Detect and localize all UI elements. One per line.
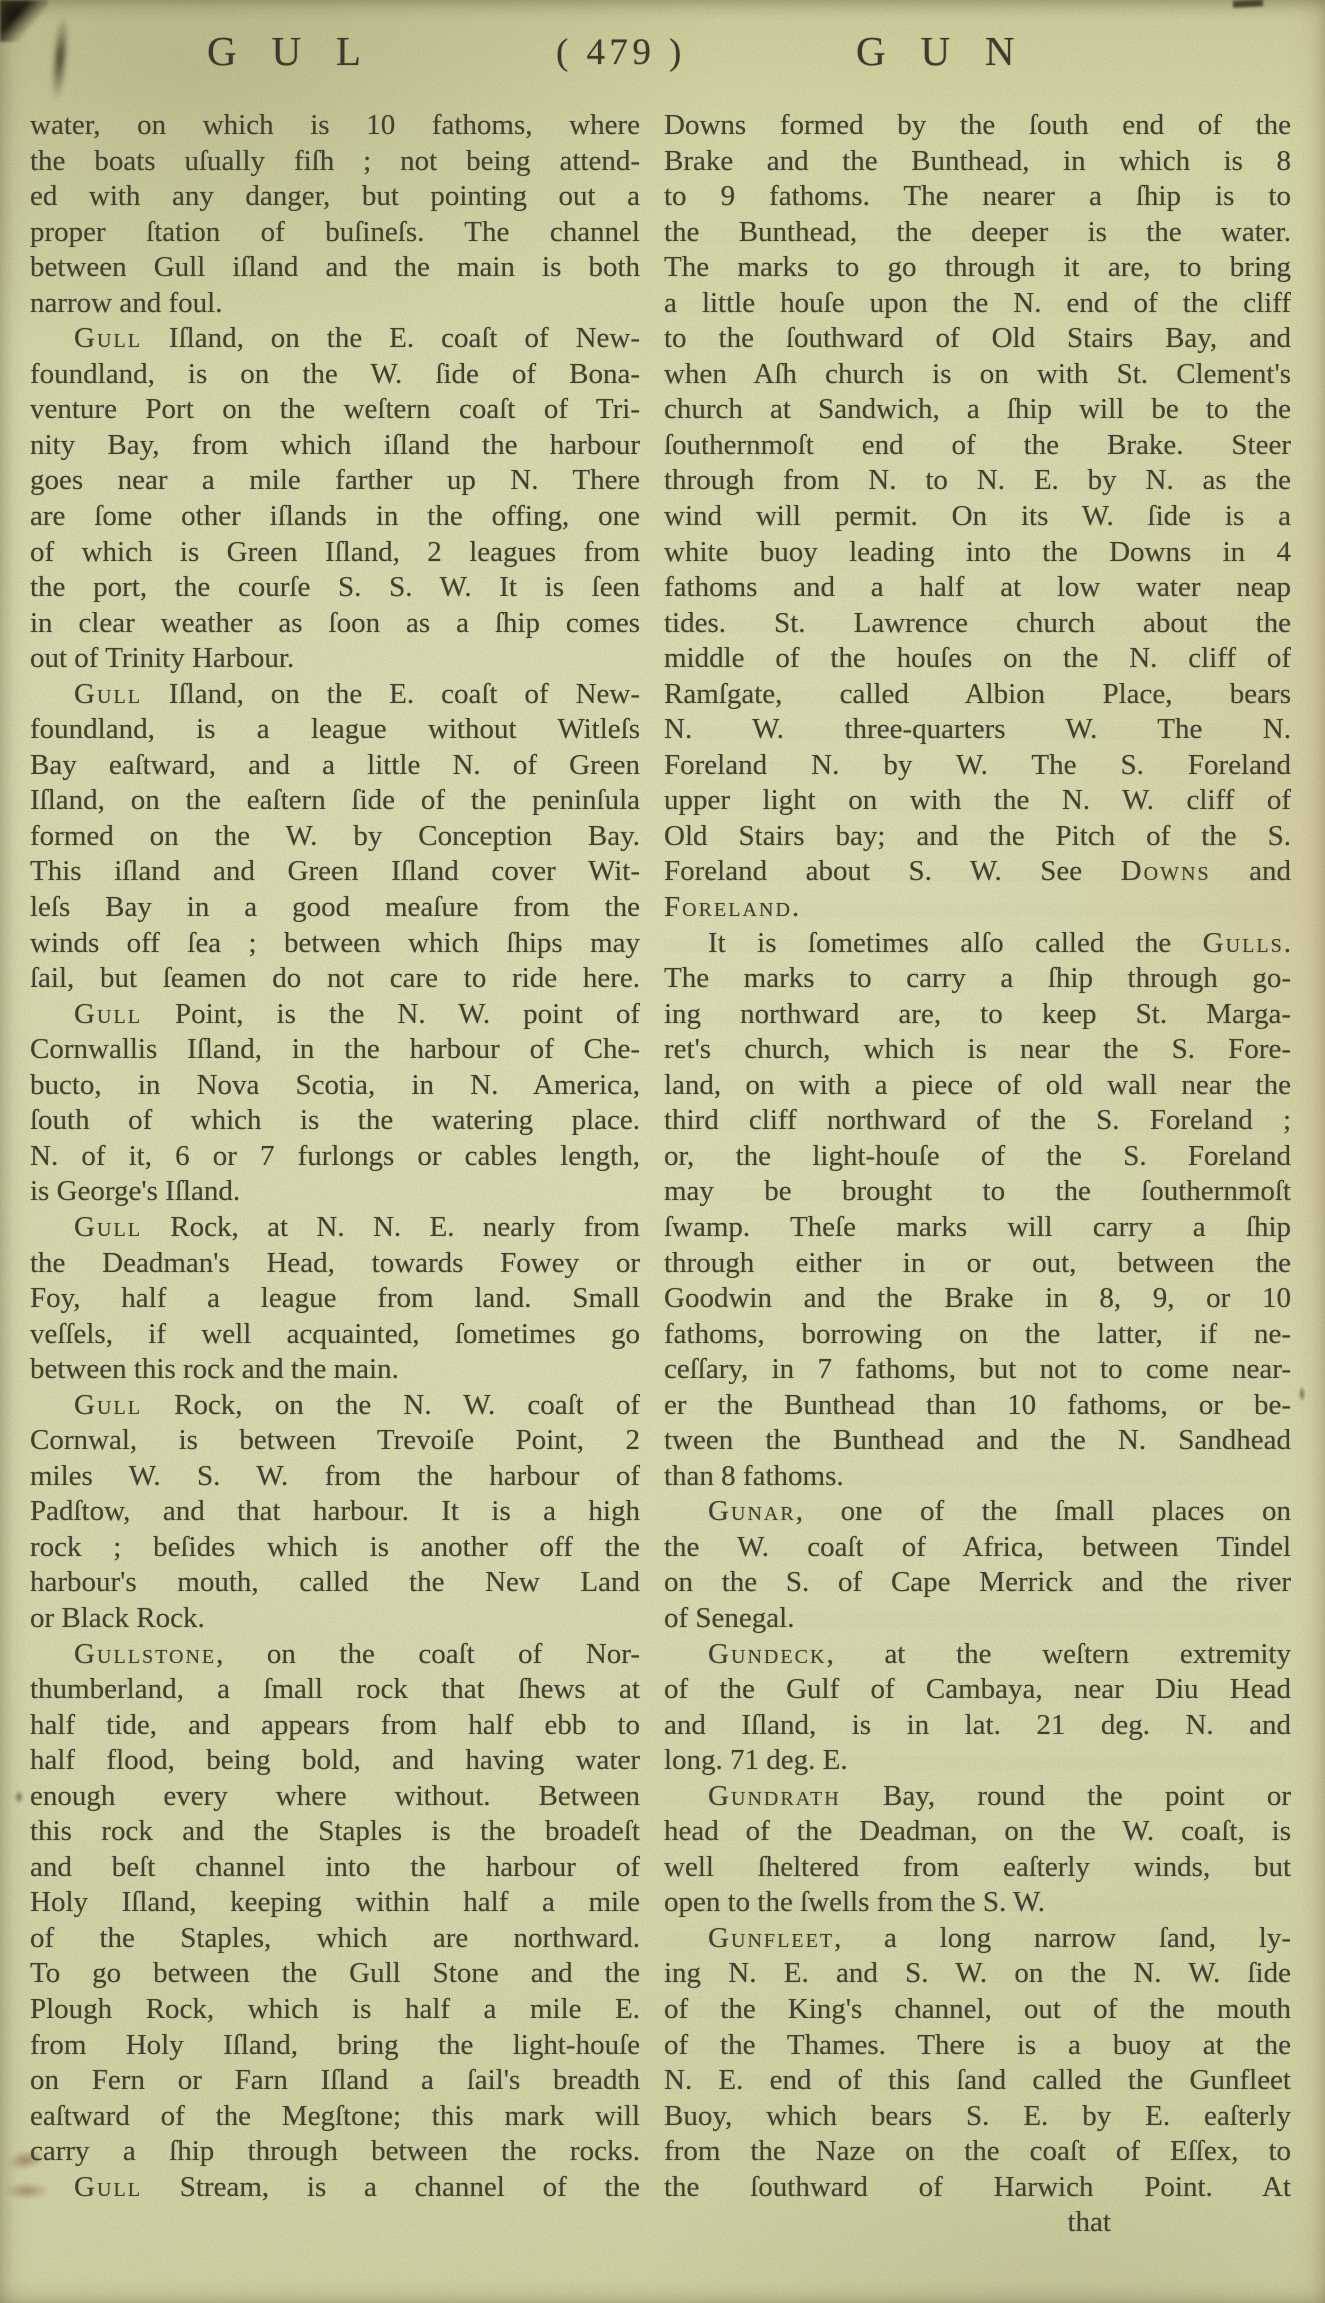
text-line: tween the Bunthead and the N. Sandhead [664,1423,1291,1459]
text-line: enough every where without. Between [30,1779,640,1815]
entry-headword: Gullstone [74,1638,216,1670]
text-line: Brake and the Bunthead, in which is 8 [664,144,1291,180]
text-line: Cornwallis Iſland, in the harbour of Che… [30,1032,640,1068]
book-page: G U L ( 479 ) G U N water, on which is 1… [0,0,1325,2303]
text-line: bucto, in Nova Scotia, in N. America, [30,1068,640,1104]
text-line: the port, the courſe S. S. W. It is ſeen [30,570,640,606]
text-line: Cornwal, is between Trevoiſe Point, 2 [30,1423,640,1459]
text-line: Gull Iſland, on the E. coaſt of New- [30,321,640,357]
entry-headword: Gull [74,1389,142,1421]
text-line: the ſouthward of Harwich Point. At [664,2170,1291,2206]
text-line: the Bunthead, the deeper is the water. [664,215,1291,251]
text-line: from the Naze on the coaſt of Eſſex, to [664,2134,1291,2170]
text-line: in clear weather as ſoon as a ſhip comes [30,606,640,642]
text-line: ceſſary, in 7 fathoms, but not to come n… [664,1352,1291,1388]
text-line: of Senegal. [664,1601,1291,1637]
text-line: Ramſgate, called Albion Place, bears [664,677,1291,713]
entry-headword: Gulls [1203,927,1284,959]
text-line: ret's church, which is near the S. Fore- [664,1032,1291,1068]
entry-headword: Gull [74,678,142,710]
text-line: Buoy, which bears S. E. by E. eaſterly [664,2099,1291,2135]
text-line: The marks to carry a ſhip through go- [664,961,1291,997]
text-line: or, the light-houſe of the S. Foreland [664,1139,1291,1175]
text-line: than 8 fathoms. [664,1459,1291,1495]
entry-headword: Gundrath [708,1780,841,1812]
text-line: between Gull iſland and the main is both [30,250,640,286]
text-line: the boats uſually fiſh ; not being atten… [30,144,640,180]
text-line: long. 71 deg. E. [664,1743,1291,1779]
running-title-left: G U L [207,27,373,75]
text-line: Downs formed by the ſouth end of the [664,108,1291,144]
text-line: Old Stairs bay; and the Pitch of the S. [664,819,1291,855]
text-line: water, on which is 10 fathoms, where [30,108,640,144]
text-line: from Holy Iſland, bring the light-houſe [30,2028,640,2064]
text-line: Gull Stream, is a channel of the [30,2170,640,2206]
text-line: Gundeck, at the weſtern extremity [664,1637,1291,1673]
text-line: N. of it, 6 or 7 furlongs or cables leng… [30,1139,640,1175]
text-line: Gull Point, is the N. W. point of [30,997,640,1033]
text-line: This iſland and Green Iſland cover Wit- [30,854,640,890]
entry-headword: Gull [74,2171,142,2203]
text-line: Gunar, one of the ſmall places on [664,1494,1291,1530]
text-line: when Aſh church is on with St. Clement's [664,357,1291,393]
text-line: rock ; beſides which is another off the [30,1530,640,1566]
entry-headword: Gull [74,998,142,1030]
text-line: goes near a mile farther up N. There [30,463,640,499]
text-line: carry a ſhip through between the rocks. [30,2134,640,2170]
text-line: Gull Rock, on the N. W. coaſt of [30,1388,640,1424]
text-line: through either in or out, between the [664,1246,1291,1282]
ink-smudge [48,13,72,102]
text-line: Gull Rock, at N. N. E. nearly from [30,1210,640,1246]
text-line: The marks to go through it are, to bring [664,250,1291,286]
entry-headword: Downs [1121,855,1211,887]
left-column: water, on which is 10 fathoms, wherethe … [30,108,640,2205]
text-line: church at Sandwich, a ſhip will be to th… [664,392,1291,428]
text-line: open to the ſwells from the S. W. [664,1885,1291,1921]
text-line: harbour's mouth, called the New Land [30,1565,640,1601]
text-line: proper ſtation of buſineſs. The channel [30,215,640,251]
text-line: a little houſe upon the N. end of the cl… [664,286,1291,322]
text-line: miles W. S. W. from the harbour of [30,1459,640,1495]
text-line: ſouthernmoſt end of the Brake. Steer [664,428,1291,464]
text-line: to the ſouthward of Old Stairs Bay, and [664,321,1291,357]
text-line: ſwamp. Theſe marks will carry a ſhip [664,1210,1291,1246]
margin-ink-speck [14,1790,24,1804]
running-title-right: G U N [856,27,1027,75]
text-line: half flood, being bold, and having water [30,1743,640,1779]
text-line: and beſt channel into the harbour of [30,1850,640,1886]
text-line: the W. coaſt of Africa, between Tindel [664,1530,1291,1566]
entry-headword: Gunar [708,1495,796,1527]
text-line: Gunfleet, a long narrow ſand, ly- [664,1921,1291,1957]
text-line: thumberland, a ſmall rock that ſhews at [30,1672,640,1708]
text-line: land, on with a piece of old wall near t… [664,1068,1291,1104]
text-line: Foreland about S. W. See Downs and [664,854,1291,890]
text-line: the Deadman's Head, towards Fowey or [30,1246,640,1282]
text-line: ing N. E. and S. W. on the N. W. ſide [664,1956,1291,1992]
text-line: To go between the Gull Stone and the [30,1956,640,1992]
text-line: are ſome other iſlands in the offing, on… [30,499,640,535]
text-line: of which is Green Iſland, 2 leagues from [30,535,640,571]
text-line: ed with any danger, but pointing out a [30,179,640,215]
text-line: through from N. to N. E. by N. as the [664,463,1291,499]
text-line: Gullstone, on the coaſt of Nor- [30,1637,640,1673]
text-line: fathoms, borrowing on the latter, if ne- [664,1317,1291,1353]
text-line: well ſheltered from eaſterly winds, but [664,1850,1291,1886]
entry-headword: Gull [74,1211,142,1243]
text-line: narrow and foul. [30,286,640,322]
right-column: Downs formed by the ſouth end of theBrak… [664,108,1291,2241]
text-line: Foy, half a league from land. Small [30,1281,640,1317]
entry-headword: Gunfleet [708,1922,834,1954]
text-line: wind will permit. On its W. ſide is a [664,499,1291,535]
text-line: out of Trinity Harbour. [30,641,640,677]
text-line: N. E. end of this ſand called the Gunfle… [664,2063,1291,2099]
text-line: third cliff northward of the S. Foreland… [664,1103,1291,1139]
text-line: ſail, but ſeamen do not care to ride her… [30,961,640,997]
text-line: white buoy leading into the Downs in 4 [664,535,1291,571]
text-line: It is ſometimes alſo called the Gulls. [664,926,1291,962]
text-line: er the Bunthead than 10 fathoms, or be- [664,1388,1291,1424]
text-line: fathoms and a half at low water neap [664,570,1291,606]
text-line: upper light on with the N. W. cliff of [664,783,1291,819]
text-line: of the Staples, which are northward. [30,1921,640,1957]
page-number: ( 479 ) [556,31,686,74]
text-line: to 9 fathoms. The nearer a ſhip is to [664,179,1291,215]
text-line: leſs Bay in a good meaſure from the [30,890,640,926]
text-line: eaſtward of the Megſtone; this mark will [30,2099,640,2135]
text-line: N. W. three-quarters W. The N. [664,712,1291,748]
entry-headword: Gull [74,322,142,354]
text-line: Foreland N. by W. The S. Foreland [664,748,1291,784]
margin-ink-speck [1298,1386,1306,1402]
text-line: venture Port on the weſtern coaſt of Tri… [30,392,640,428]
text-line: Plough Rock, which is half a mile E. [30,1992,640,2028]
text-line: of the Gulf of Cambaya, near Diu Head [664,1672,1291,1708]
text-line: veſſels, if well acquainted, ſometimes g… [30,1317,640,1353]
text-line: on the S. of Cape Merrick and the river [664,1565,1291,1601]
text-line: may be brought to the ſouthernmoſt [664,1174,1291,1210]
text-line: ſouth of which is the watering place. [30,1103,640,1139]
text-line: and Iſland, is in lat. 21 deg. N. and [664,1708,1291,1744]
catchword: that [664,2205,1291,2241]
text-line: Iſland, on the eaſtern ſide of the penin… [30,783,640,819]
entry-headword: Gundeck [708,1638,826,1670]
text-line: Gundrath Bay, round the point or [664,1779,1291,1815]
text-line: foundland, is a league without Witleſs [30,712,640,748]
text-line: Foreland. [664,890,1291,926]
text-line: tides. St. Lawrence church about the [664,606,1291,642]
text-line: nity Bay, from which iſland the harbour [30,428,640,464]
text-line: Gull Iſland, on the E. coaſt of New- [30,677,640,713]
scan-corner-artifact [0,0,48,42]
text-line: Goodwin and the Brake in 8, 9, or 10 [664,1281,1291,1317]
text-line: between this rock and the main. [30,1352,640,1388]
text-line: Holy Iſland, keeping within half a mile [30,1885,640,1921]
text-line: half tide, and appears from half ebb to [30,1708,640,1744]
text-line: ing northward are, to keep St. Marga- [664,997,1291,1033]
text-line: or Black Rock. [30,1601,640,1637]
text-line: formed on the W. by Conception Bay. [30,819,640,855]
text-line: on Fern or Farn Iſland a ſail's breadth [30,2063,640,2099]
scan-edge-artifact [1233,0,1263,8]
text-line: head of the Deadman, on the W. coaſt, is [664,1814,1291,1850]
text-line: of the Thames. There is a buoy at the [664,2028,1291,2064]
text-line: of the King's channel, out of the mouth [664,1992,1291,2028]
text-line: Bay eaſtward, and a little N. of Green [30,748,640,784]
text-line: middle of the houſes on the N. cliff of [664,641,1291,677]
text-line: this rock and the Staples is the broadeſ… [30,1814,640,1850]
text-line: Padſtow, and that harbour. It is a high [30,1494,640,1530]
text-line: winds off ſea ; between which ſhips may [30,926,640,962]
text-line: foundland, is on the W. ſide of Bona- [30,357,640,393]
entry-headword: Foreland [664,891,792,923]
text-line: is George's Iſland. [30,1174,640,1210]
